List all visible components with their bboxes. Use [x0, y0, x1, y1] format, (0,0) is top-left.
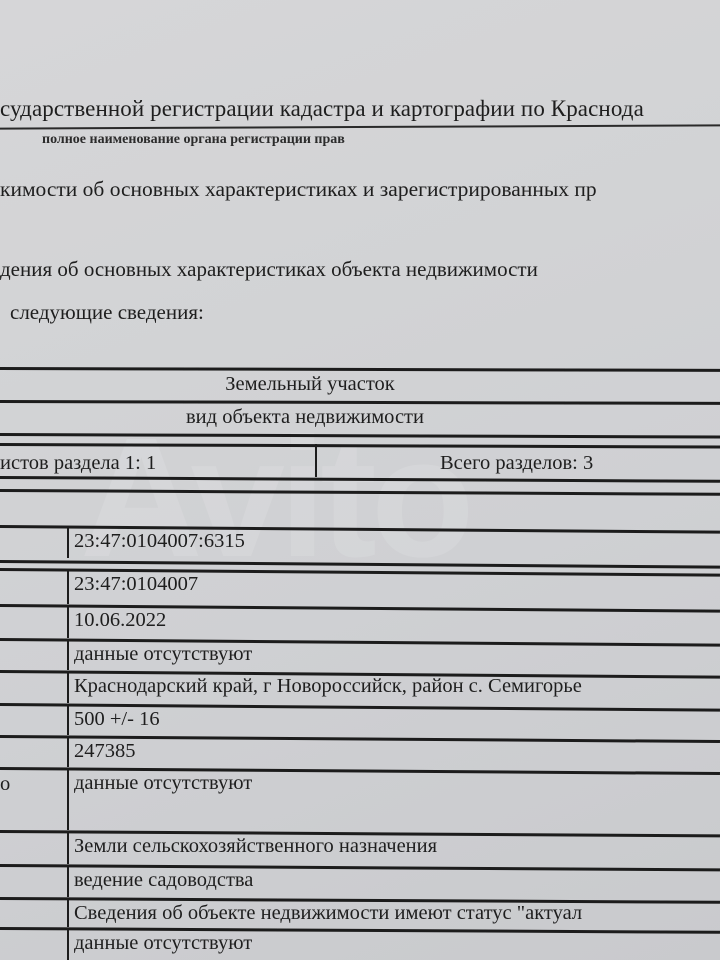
table-border: [0, 367, 720, 372]
row-value: данные отсутствуют: [74, 932, 252, 955]
column-divider: [67, 865, 69, 897]
row-label: о: [0, 773, 10, 796]
document-page: Avito сударственной регистрации кадастра…: [0, 0, 720, 960]
column-divider: [67, 928, 69, 960]
row-value: Сведения об объекте недвижимости имеют с…: [74, 902, 582, 925]
object-type-caption: вид объекта недвижимости: [0, 406, 610, 429]
column-divider: [67, 831, 69, 864]
table-border: [0, 433, 720, 439]
row-value: ведение садоводства: [74, 869, 253, 892]
column-divider: [67, 898, 69, 927]
registration-authority-caption: полное наименование органа регистрации п…: [42, 132, 345, 148]
row-value: 23:47:0104007: [74, 573, 198, 596]
row-value: данные отсутствуют: [74, 772, 252, 795]
authority-underline: [0, 124, 720, 129]
table-border: [0, 560, 720, 569]
table-border: [0, 489, 720, 496]
row-value: 500 +/- 16: [74, 708, 160, 731]
row-value: 247385: [74, 740, 136, 763]
row-value: Земли сельскохозяйственного назначения: [74, 835, 437, 858]
registration-authority: сударственной регистрации кадастра и кар…: [0, 96, 644, 122]
row-value: Краснодарский край, г Новороссийск, райо…: [74, 675, 582, 698]
watermark: Avito: [80, 400, 469, 596]
column-divider: [67, 768, 69, 830]
section-subtitle: следующие сведения:: [10, 300, 204, 325]
extract-title: кимости об основных характеристиках и за…: [0, 177, 597, 202]
table-border: [0, 443, 720, 449]
table-border: [0, 476, 720, 483]
column-divider: [67, 704, 69, 735]
row-value: 10.06.2022: [74, 609, 166, 632]
column-divider: [67, 671, 69, 703]
column-divider: [67, 526, 69, 558]
sheets-in-section: истов раздела 1: 1: [0, 452, 156, 475]
total-sections: Всего разделов: 3: [440, 452, 593, 475]
table-border: [0, 400, 720, 405]
column-divider: [67, 639, 69, 670]
column-divider: [67, 736, 69, 767]
column-divider: [315, 444, 317, 477]
column-divider: [67, 605, 69, 638]
row-value: 23:47:0104007:6315: [74, 530, 245, 553]
object-type: Земельный участок: [0, 373, 620, 396]
section-title: дения об основных характеристиках объект…: [0, 257, 538, 282]
row-value: данные отсутствуют: [74, 643, 252, 666]
column-divider: [67, 569, 69, 604]
